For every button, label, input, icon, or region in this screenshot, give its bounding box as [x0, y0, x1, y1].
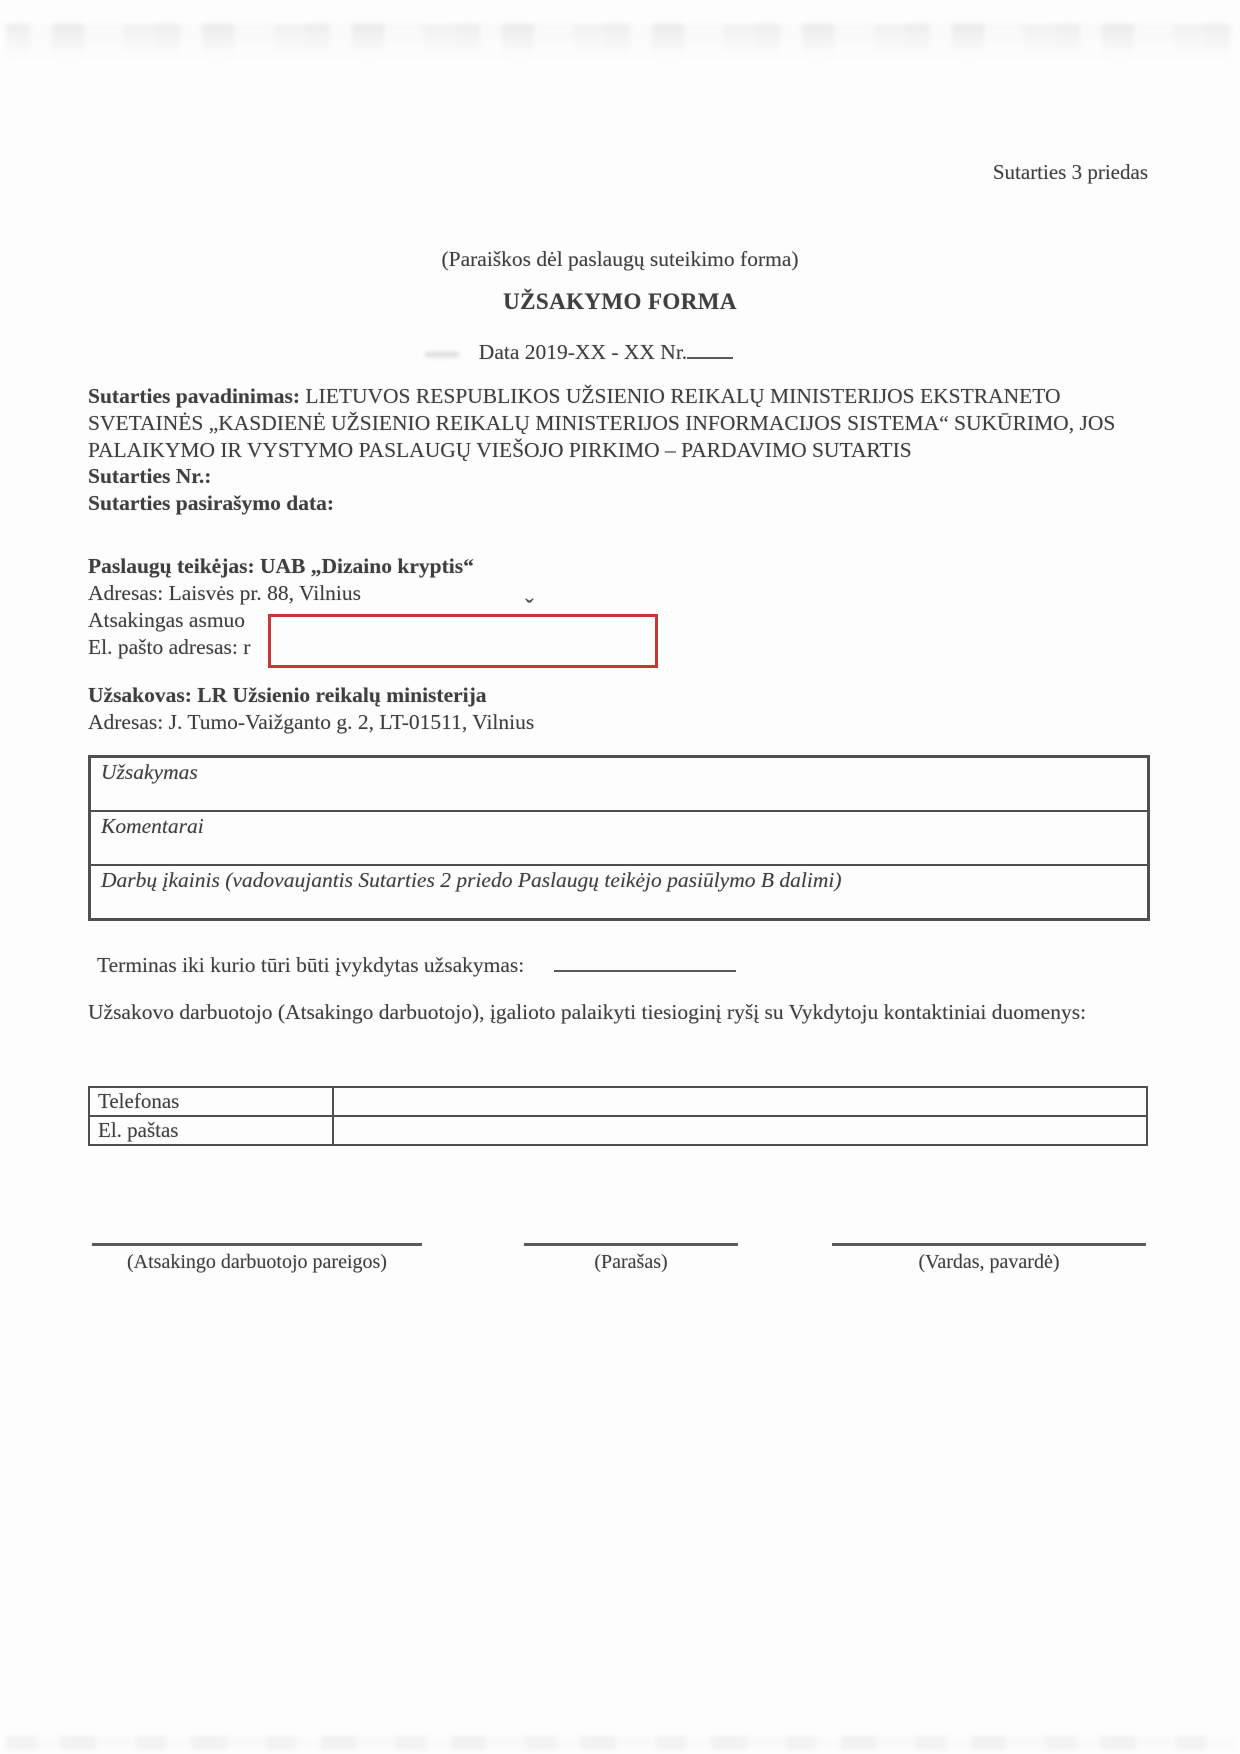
- scanned-document-page: Sutarties 3 priedas (Paraiškos dėl pasla…: [0, 0, 1240, 1754]
- contract-name-label: Sutarties pavadinimas:: [88, 384, 300, 408]
- signature-block-signature: (Parašas): [524, 1243, 738, 1274]
- contract-signing-date-label: Sutarties pasirašymo data:: [88, 490, 1152, 517]
- provider-address-line: Adresas: Laisvės pr. 88, Vilnius: [88, 580, 808, 607]
- provider-name-line: Paslaugų teikėjas: UAB „Dizaino kryptis“: [88, 553, 808, 580]
- signature-caption: (Vardas, pavardė): [832, 1251, 1146, 1274]
- contact-table-label-el-pastas: El. paštas: [90, 1117, 334, 1144]
- contact-table-value-telefonas: [334, 1088, 1146, 1115]
- contact-table-value-el-pastas: [334, 1117, 1146, 1144]
- order-table-row-komentarai: Komentarai: [91, 810, 1147, 864]
- scan-artifact-bottom: [6, 1736, 1232, 1750]
- signature-block-position: (Atsakingo darbuotojo pareigos): [92, 1243, 422, 1274]
- order-table: Užsakymas Komentarai Darbų įkainis (vado…: [88, 755, 1150, 921]
- signature-line: [832, 1243, 1146, 1246]
- redaction-box: [268, 614, 658, 668]
- date-line-text: Data 2019-XX - XX Nr.: [479, 340, 687, 364]
- contract-name-paragraph: Sutarties pavadinimas: LIETUVOS RESPUBLI…: [88, 383, 1152, 463]
- date-number-blank: [687, 338, 733, 359]
- contract-number-label: Sutarties Nr.:: [88, 463, 1152, 490]
- table-row: El. paštas: [90, 1115, 1146, 1144]
- signature-caption: (Parašas): [524, 1251, 738, 1274]
- contact-table-label-telefonas: Telefonas: [90, 1088, 334, 1115]
- signature-caption: (Atsakingo darbuotojo pareigos): [92, 1251, 422, 1274]
- signature-line: [92, 1243, 422, 1246]
- provider-email-fragment: r: [243, 635, 250, 659]
- contact-intro-paragraph: Užsakovo darbuotojo (Atsakingo darbuotoj…: [88, 998, 1148, 1027]
- contract-block: Sutarties pavadinimas: LIETUVOS RESPUBLI…: [88, 383, 1152, 517]
- customer-name-line: Užsakovas: LR Užsienio reikalų ministeri…: [88, 682, 808, 709]
- appendix-note: Sutarties 3 priedas: [0, 160, 1148, 185]
- contact-table: Telefonas El. paštas: [88, 1086, 1148, 1146]
- deadline-label: Terminas iki kurio tūri būti įvykdytas u…: [97, 953, 524, 977]
- order-table-row-darbu-ikainis: Darbų įkainis (vadovaujantis Sutarties 2…: [91, 864, 1147, 918]
- table-row: Telefonas: [90, 1088, 1146, 1115]
- form-title: UŽSAKYMO FORMA: [0, 289, 1240, 315]
- form-subtitle: (Paraiškos dėl paslaugų suteikimo forma): [0, 247, 1240, 272]
- scan-artifact-top: [6, 24, 1232, 60]
- customer-block: Užsakovas: LR Užsienio reikalų ministeri…: [88, 682, 808, 736]
- deadline-blank: [554, 950, 736, 972]
- order-table-row-uzsakymas: Užsakymas: [91, 758, 1147, 810]
- deadline-line: Terminas iki kurio tūri būti įvykdytas u…: [97, 950, 736, 978]
- signature-line: [524, 1243, 738, 1246]
- customer-address-line: Adresas: J. Tumo-Vaižganto g. 2, LT-0151…: [88, 709, 808, 736]
- date-line: Data 2019-XX - XX Nr.: [0, 338, 1240, 365]
- provider-email-label: El. pašto adresas:: [88, 635, 238, 659]
- signature-block-name: (Vardas, pavardė): [832, 1243, 1146, 1274]
